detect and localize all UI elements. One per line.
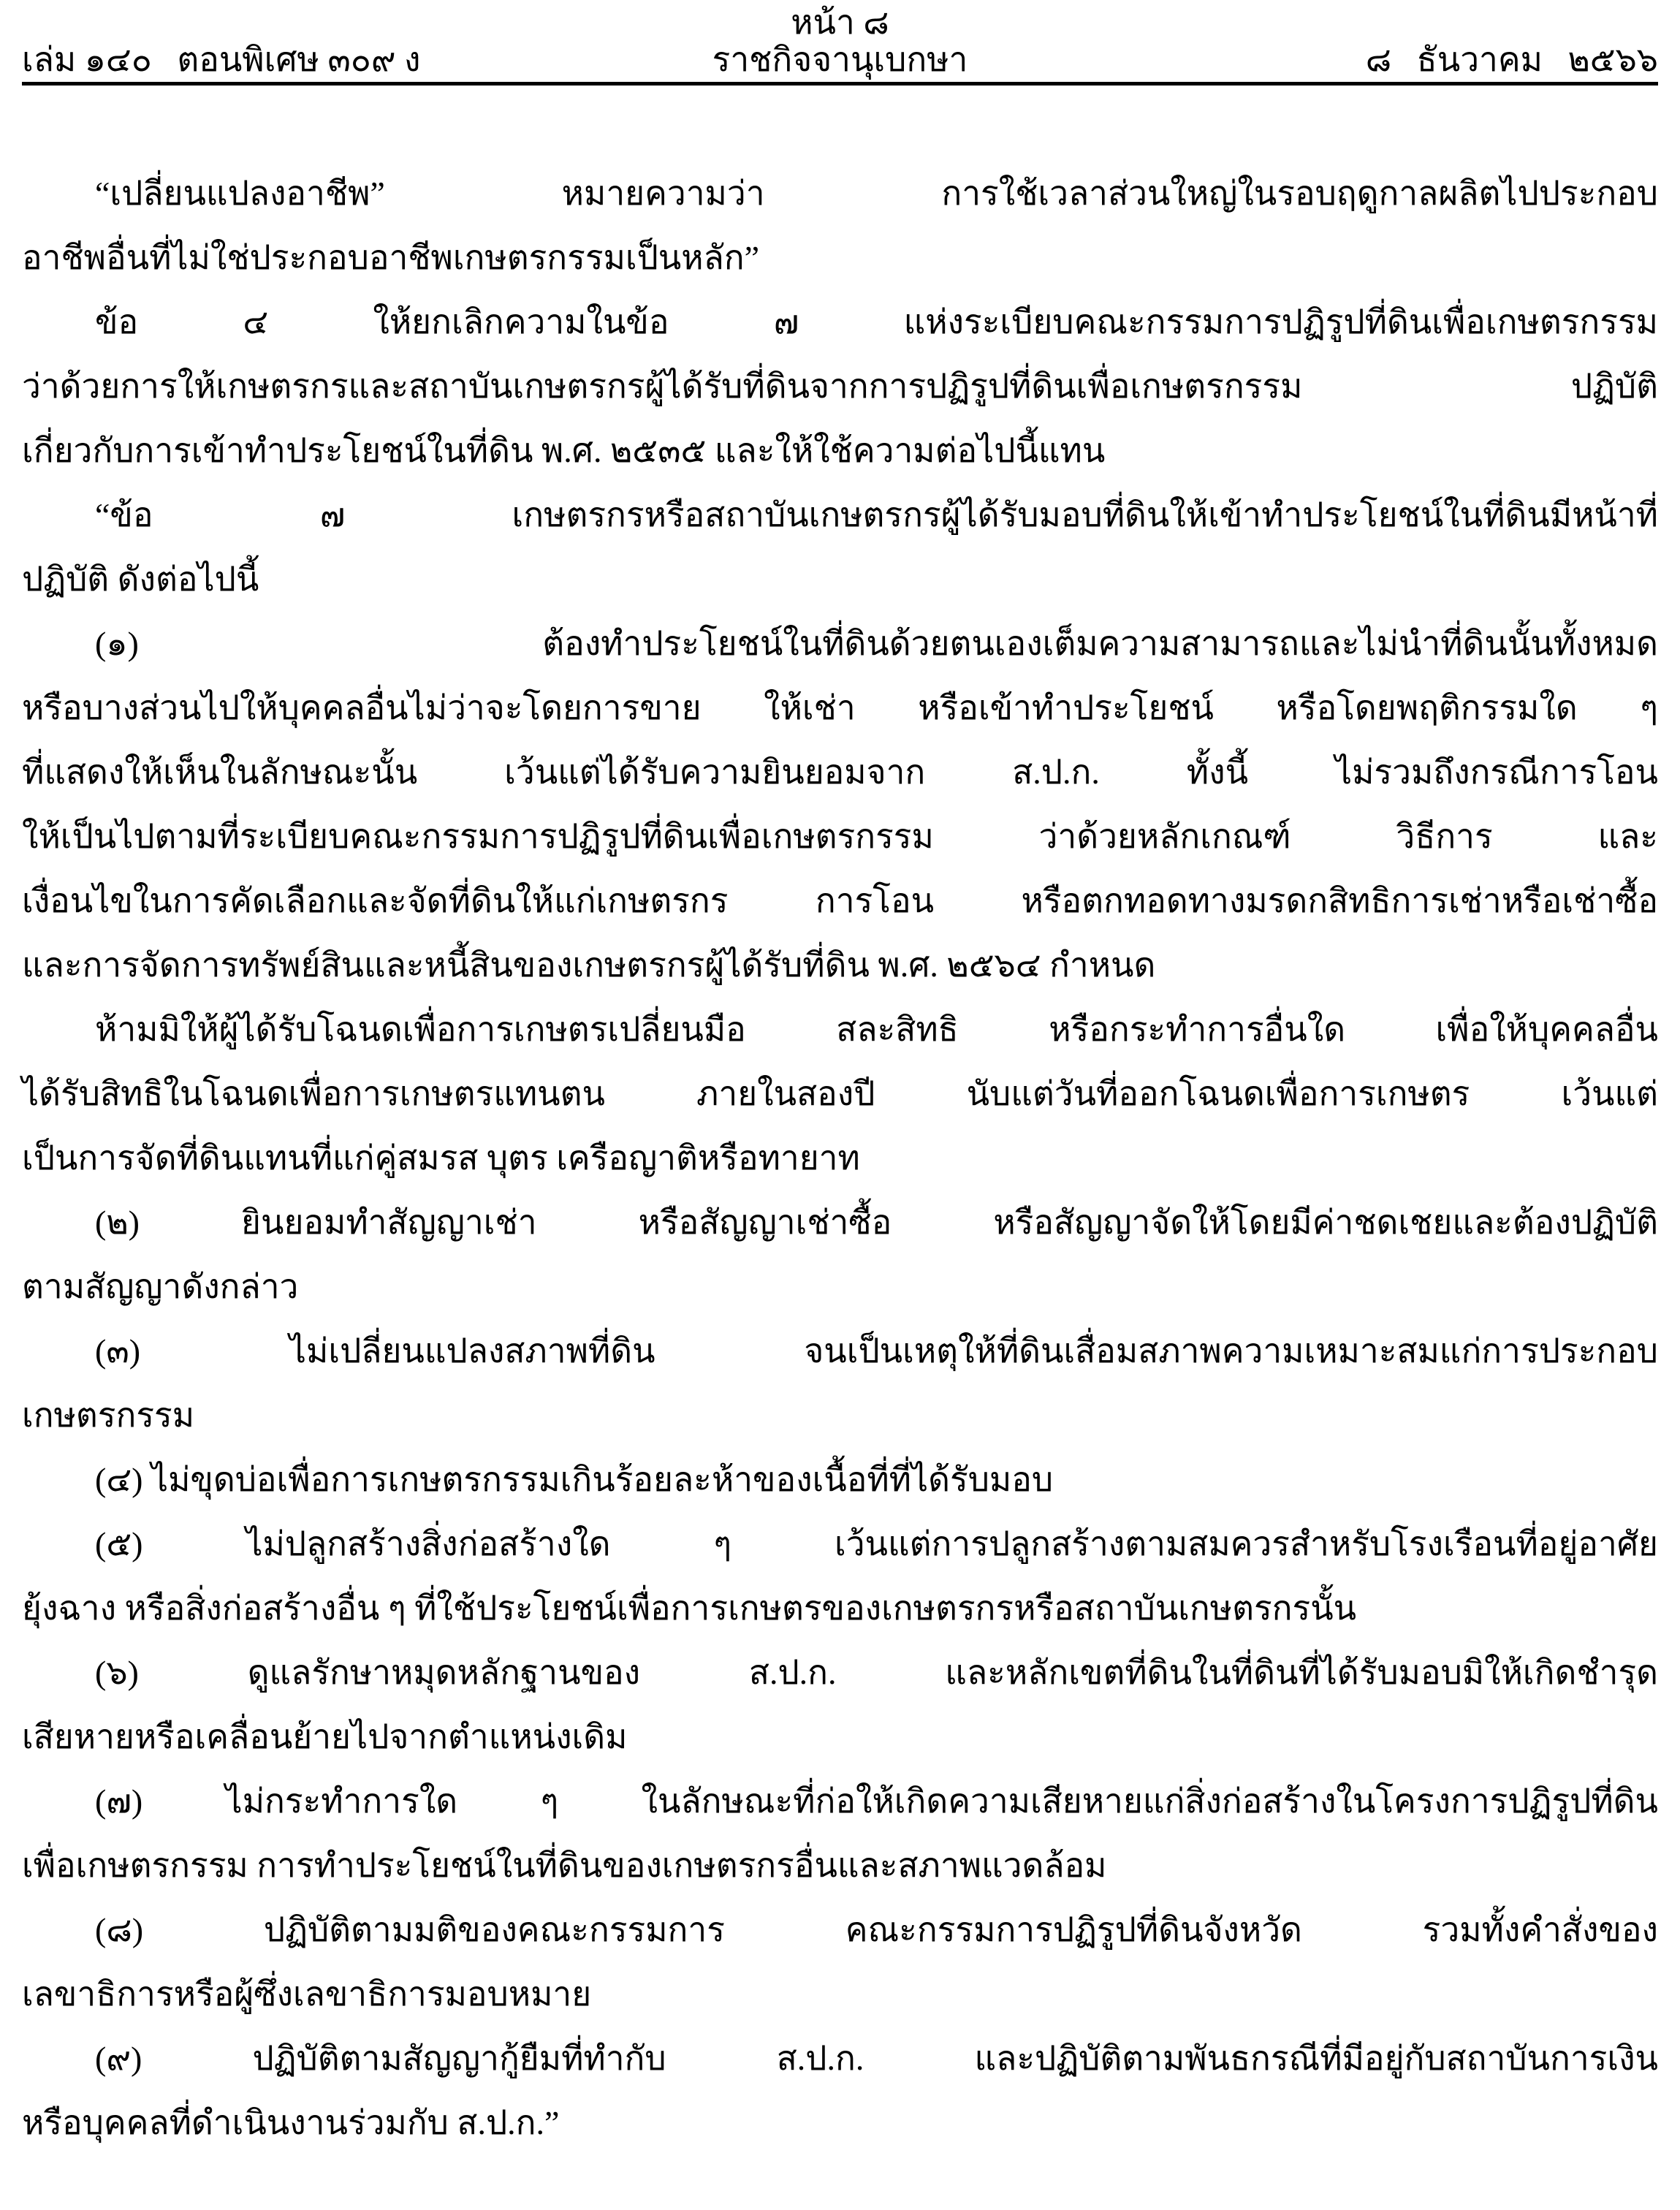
paragraph-1-line: อาชีพอื่นที่ไม่ใช่ประกอบอาชีพเกษตรกรรมเป… [22,226,1658,290]
paragraph-7-line: (๓) ไม่เปลี่ยนแปลงสภาพที่ดิน จนเป็นเหตุใ… [22,1319,1658,1383]
paragraph-4-line: เงื่อนไขในการคัดเลือกและจัดที่ดินให้แก่เ… [22,869,1658,933]
paragraph-3-line: “ข้อ ๗ เกษตรกรหรือสถาบันเกษตรกรผู้ได้รับ… [22,483,1658,547]
paragraph-6-line: ตามสัญญาดังกล่าว [22,1255,1658,1319]
paragraph-10-line: (๖) ดูแลรักษาหมุดหลักฐานของ ส.ป.ก. และหล… [22,1641,1658,1705]
paragraph-12-line: (๘) ปฏิบัติตามมติของคณะกรรมการ คณะกรรมกา… [22,1898,1658,1962]
volume-label: เล่ม ๑๔๐ ตอนพิเศษ ๓๐๙ ง [22,41,683,79]
paragraph-1-line: “เปลี่ยนแปลงอาชีพ” หมายความว่า การใช้เวล… [22,162,1658,226]
paragraph-5-line: ได้รับสิทธิในโฉนดเพื่อการเกษตรแทนตน ภายใ… [22,1062,1658,1126]
paragraph-4-line: ที่แสดงให้เห็นในลักษณะนั้น เว้นแต่ได้รับ… [22,740,1658,805]
gazette-page: หน้า ๘ เล่ม ๑๔๐ ตอนพิเศษ ๓๐๙ ง ราชกิจจาน… [0,0,1680,2210]
publication-title: ราชกิจจานุเบกษา [683,41,997,79]
paragraph-3-line: ปฏิบัติ ดังต่อไปนี้ [22,547,1658,612]
issue-date-label: ๘ ธันวาคม ๒๕๖๖ [997,41,1658,79]
paragraph-7-line: เกษตรกรรม [22,1383,1658,1448]
paragraph-4-line: (๑) ต้องทำประโยชน์ในที่ดินด้วยตนเองเต็มค… [22,612,1658,676]
gazette-header: เล่ม ๑๔๐ ตอนพิเศษ ๓๐๙ ง ราชกิจจานุเบกษา … [22,41,1658,79]
document-body: “เปลี่ยนแปลงอาชีพ” หมายความว่า การใช้เวล… [22,162,1658,2155]
paragraph-10-line: เสียหายหรือเคลื่อนย้ายไปจากตำแหน่งเดิม [22,1705,1658,1769]
paragraph-11-line: เพื่อเกษตรกรรม การทำประโยชน์ในที่ดินของเ… [22,1834,1658,1898]
paragraph-11-line: (๗) ไม่กระทำการใด ๆ ในลักษณะที่ก่อให้เกิ… [22,1769,1658,1834]
paragraph-5-line: ห้ามมิให้ผู้ได้รับโฉนดเพื่อการเกษตรเปลี่… [22,998,1658,1062]
paragraph-9-line: ยุ้งฉาง หรือสิ่งก่อสร้างอื่น ๆ ที่ใช้ประ… [22,1576,1658,1641]
paragraph-12-line: เลขาธิการหรือผู้ซึ่งเลขาธิการมอบหมาย [22,1962,1658,2027]
paragraph-6-line: (๒) ยินยอมทำสัญญาเช่า หรือสัญญาเช่าซื้อ … [22,1191,1658,1255]
paragraph-4-line: และการจัดการทรัพย์สินและหนี้สินของเกษตรก… [22,933,1658,998]
paragraph-4-line: หรือบางส่วนไปให้บุคคลอื่นไม่ว่าจะโดยการข… [22,676,1658,740]
page-number-label: หน้า ๘ [22,4,1658,41]
paragraph-9-line: (๕) ไม่ปลูกสร้างสิ่งก่อสร้างใด ๆ เว้นแต่… [22,1512,1658,1576]
paragraph-8-line: (๔) ไม่ขุดบ่อเพื่อการเกษตรกรรมเกินร้อยละ… [22,1448,1658,1512]
paragraph-5-line: เป็นการจัดที่ดินแทนที่แก่คู่สมรส บุตร เค… [22,1126,1658,1191]
paragraph-13-line: (๙) ปฏิบัติตามสัญญากู้ยืมที่ทำกับ ส.ป.ก.… [22,2027,1658,2091]
paragraph-2-line: ข้อ ๔ ให้ยกเลิกความในข้อ ๗ แห่งระเบียบคณ… [22,290,1658,354]
paragraph-2-line: เกี่ยวกับการเข้าทำประโยชน์ในที่ดิน พ.ศ. … [22,419,1658,483]
paragraph-13-line: หรือบุคคลที่ดำเนินงานร่วมกับ ส.ป.ก.” [22,2091,1658,2155]
header-divider-rule [22,82,1658,86]
paragraph-2-line: ว่าด้วยการให้เกษตรกรและสถาบันเกษตรกรผู้ไ… [22,354,1658,419]
paragraph-4-line: ให้เป็นไปตามที่ระเบียบคณะกรรมการปฏิรูปที… [22,805,1658,869]
